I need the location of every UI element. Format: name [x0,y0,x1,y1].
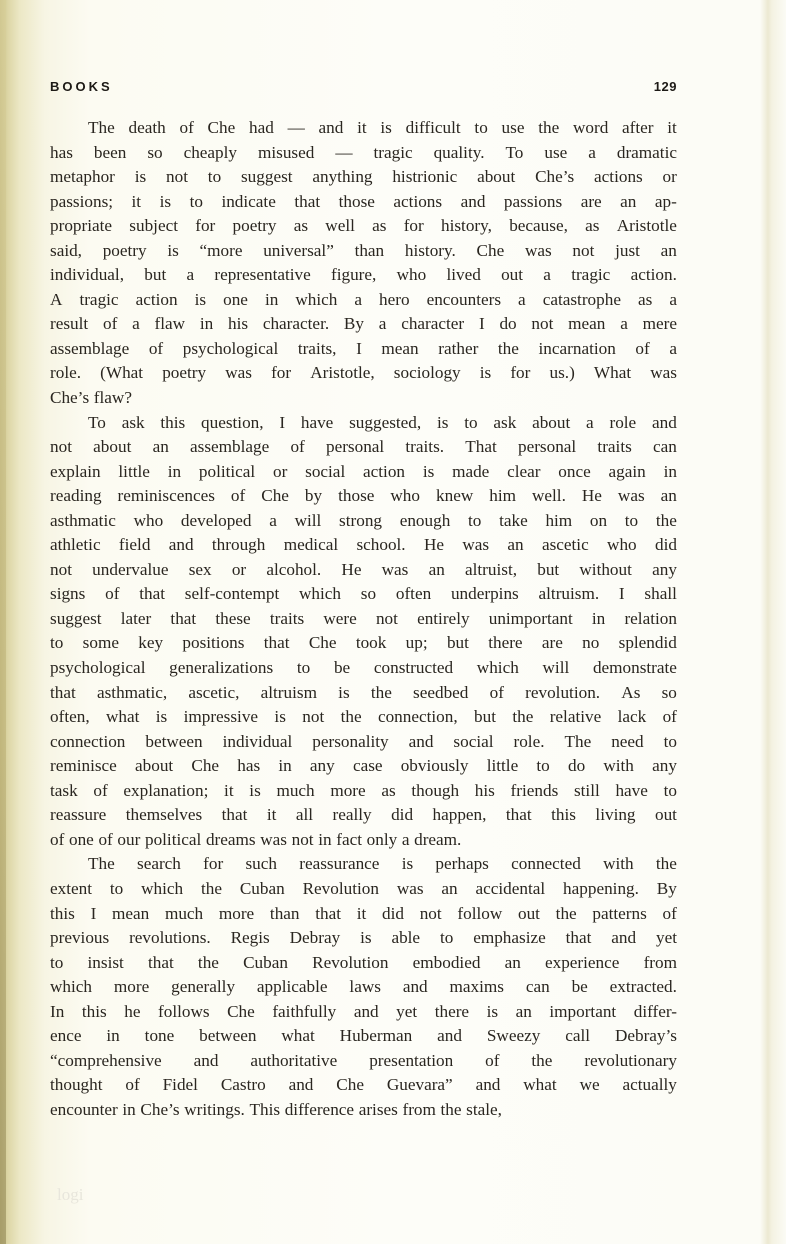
text-line: notundervaluesexoralcohol.Hewasanaltruis… [50,558,677,583]
text-line: extenttowhichtheCubanRevolutionwasanacci… [50,877,677,902]
text-line: athleticfieldandthroughmedicalschool.Hew… [50,533,677,558]
text-line: Thesearchforsuchreassuranceisperhapsconn… [50,852,677,877]
show-through-text: logi [57,1185,83,1205]
running-head: BOOKS [50,79,113,94]
text-line: ofoneofourpoliticaldreamswasnotinfactonl… [50,828,677,853]
text-line: reminisceaboutChehasinanycaseobviouslyli… [50,754,677,779]
page-header: BOOKS 129 [50,79,677,94]
text-line: role.(WhatpoetrywasforAristotle,sociolog… [50,361,677,386]
text-line: notaboutanassemblageofpersonaltraits.Tha… [50,435,677,460]
text-line: previousrevolutions.RegisDebrayisabletoe… [50,926,677,951]
text-line: asthmaticwhodevelopedawillstrongenoughto… [50,509,677,534]
body-text: ThedeathofChehad—anditisdifficulttouseth… [50,116,677,1122]
paragraph: Thesearchforsuchreassuranceisperhapsconn… [50,852,677,1122]
text-line: resultofaflawinhischaracter.Byacharacter… [50,312,677,337]
paragraph: ThedeathofChehad—anditisdifficulttouseth… [50,116,677,411]
page-number: 129 [654,79,677,94]
text-line: often,whatisimpressiveisnottheconnection… [50,705,677,730]
text-line: psychologicalgeneralizationstobeconstruc… [50,656,677,681]
text-line: “comprehensiveandauthoritativepresentati… [50,1049,677,1074]
text-line: Atragicactionisoneinwhichaheroencounters… [50,288,677,313]
text-line: enceintonebetweenwhatHubermanandSweezyca… [50,1024,677,1049]
text-line: encounterinChe’swritings.Thisdifferencea… [50,1098,677,1123]
text-line: passions;itistoindicatethatthoseactionsa… [50,190,677,215]
text-line: signsofthatself-contemptwhichsooftenunde… [50,582,677,607]
text-line: readingreminiscencesofChebythosewhoknewh… [50,484,677,509]
text-line: thisImeanmuchmorethanthatitdidnotfollowo… [50,902,677,927]
text-line: whichmoregenerallyapplicablelawsandmaxim… [50,975,677,1000]
text-line: toinsistthattheCubanRevolutionembodiedan… [50,951,677,976]
book-spine-shadow [0,0,6,1244]
text-line: hasbeensocheaplymisused—tragicquality.To… [50,141,677,166]
text-line: ThedeathofChehad—anditisdifficulttouseth… [50,116,677,141]
text-line: Che’sflaw? [50,386,677,411]
text-line: reassurethemselvesthatitallreallydidhapp… [50,803,677,828]
text-line: metaphorisnottosuggestanythinghistrionic… [50,165,677,190]
text-line: said,poetryis“moreuniversal”thanhistory.… [50,239,677,264]
text-line: explainlittleinpoliticalorsocialactionis… [50,460,677,485]
text-line: propriatesubjectforpoetryaswellasforhist… [50,214,677,239]
paragraph: Toaskthisquestion,Ihavesuggested,istoask… [50,411,677,853]
text-line: Toaskthisquestion,Ihavesuggested,istoask… [50,411,677,436]
text-line: suggestlaterthatthesetraitswerenotentire… [50,607,677,632]
text-line: tosomekeypositionsthatChetookup;butthere… [50,631,677,656]
text-line: thoughtofFidelCastroandCheGuevara”andwha… [50,1073,677,1098]
text-line: InthishefollowsChefaithfullyandyettherei… [50,1000,677,1025]
text-line: taskofexplanation;itismuchmoreasthoughhi… [50,779,677,804]
text-line: thatasthmatic,ascetic,altruismistheseedb… [50,681,677,706]
text-line: assemblageofpsychologicaltraits,Imeanrat… [50,337,677,362]
text-line: individual,butarepresentativefigure,whol… [50,263,677,288]
text-line: connectionbetweenindividualpersonalityan… [50,730,677,755]
